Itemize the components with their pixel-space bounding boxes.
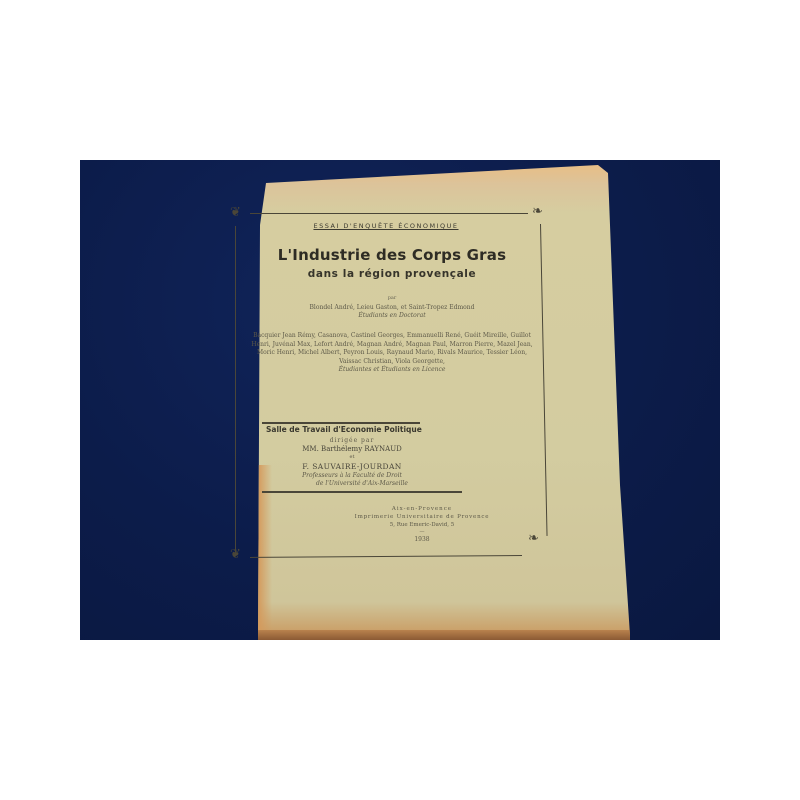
series-heading: ESSAI D'ENQUÊTE ÉCONOMIQUE: [226, 222, 546, 230]
director-1: MM. Barthélemy RAYNAUD: [192, 445, 512, 453]
directors-role-1: Professeurs à la Faculté de Droit: [192, 472, 512, 479]
ornament-top-left-icon: ❦: [230, 206, 241, 219]
ornament-bottom-left-icon: ❦: [230, 548, 241, 561]
doctoral-note: Étudiants en Doctorat: [358, 312, 425, 319]
and-label: et: [192, 454, 512, 460]
frame-top-rule: [250, 213, 528, 214]
publication-year: 1938: [312, 536, 532, 543]
licence-note: Étudiantes et Étudiants en Licence: [339, 366, 446, 373]
department-name: Salle de Travail d'Economie Politique: [266, 425, 516, 434]
publisher-city: Aix-en-Provence: [312, 506, 532, 512]
ornament-top-right-icon: ❧: [532, 205, 543, 218]
doctoral-author-names: Blondel André, Leieu Gaston, et Saint-Tr…: [310, 304, 475, 311]
doctoral-authors: Blondel André, Leieu Gaston, et Saint-Tr…: [232, 304, 552, 320]
by-label: par: [232, 295, 552, 301]
frame-bottom-rule: [250, 555, 522, 558]
licence-author-names: Bacquier Jean Rémy, Casanova, Castinel G…: [251, 332, 532, 365]
publisher-address: 5, Rue Emeric-David, 5: [312, 522, 532, 528]
licence-authors: Bacquier Jean Rémy, Casanova, Castinel G…: [232, 332, 552, 375]
directed-by-label: dirigée par: [192, 437, 512, 444]
directors-role-2: de l'Université d'Aix-Marseille: [202, 480, 522, 487]
separator-dash: —: [312, 529, 532, 535]
book-subtitle: dans la région provençale: [232, 268, 552, 280]
director-2: F. SAUVAIRE-JOURDAN: [192, 462, 512, 471]
book-title: L'Industrie des Corps Gras: [232, 246, 552, 264]
section-rule-top: [262, 422, 420, 424]
book-photo: ❦ ❧ ❦ ❧ ESSAI D'ENQUÊTE ÉCONOMIQUE L'Ind…: [80, 160, 720, 640]
section-rule-bottom: [262, 491, 462, 493]
publisher-name: Imprimerie Universitaire de Provence: [312, 514, 532, 520]
cover-frame: ❦ ❧ ❦ ❧ ESSAI D'ENQUÊTE ÉCONOMIQUE L'Ind…: [232, 210, 552, 560]
